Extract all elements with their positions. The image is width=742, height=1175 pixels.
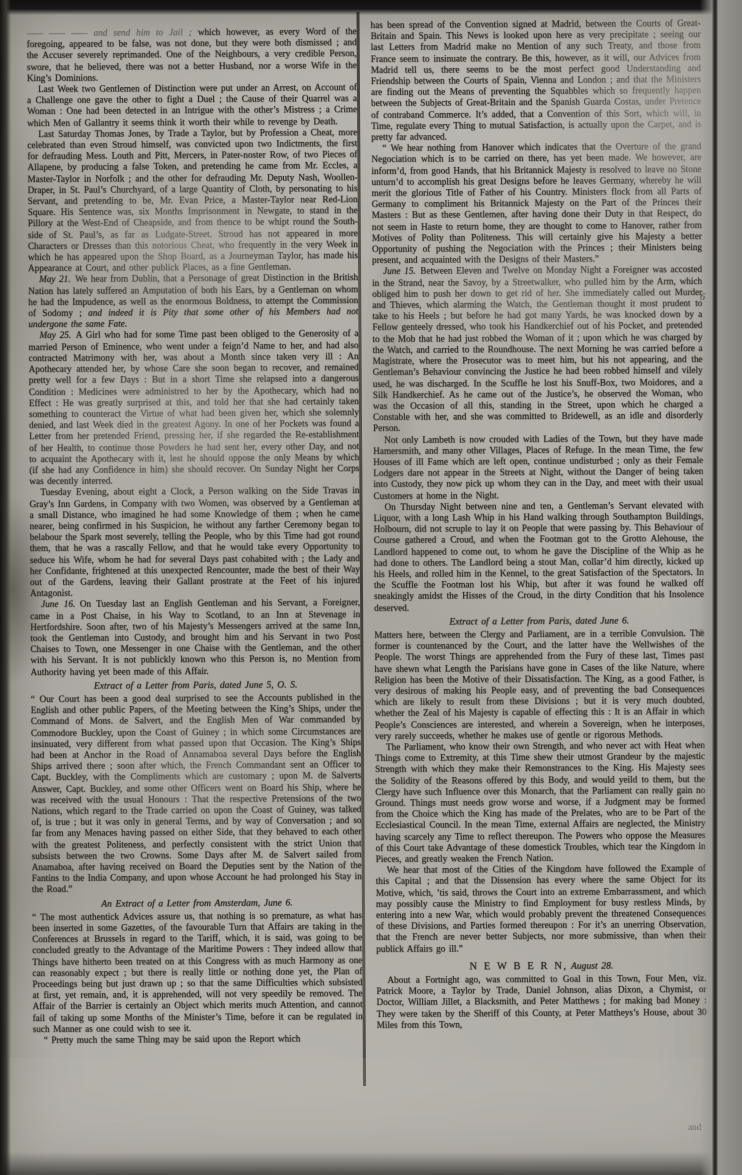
news-paragraph: “ The most authentick Advices assure us,…: [32, 910, 363, 1035]
news-paragraph: “ Our Court has been a good deal surpris…: [31, 692, 362, 896]
news-paragraph: The Parliament, who know their own Stren…: [375, 740, 706, 865]
page-bottom-edge: [0, 1152, 742, 1175]
news-paragraph: May 21. We hear from Dublin, that a Pers…: [28, 273, 358, 331]
news-paragraph: has been spread of the Convention signed…: [371, 18, 702, 143]
news-paragraph: We hear that most of the Cities of the K…: [376, 863, 707, 955]
news-paragraph: Matters here, between the Clergy and Par…: [374, 628, 705, 742]
news-paragraph: June 15. Between Eleven and Twelve on Mo…: [372, 264, 703, 434]
news-paragraph: Last Week two Gentlemen of Distinction w…: [27, 82, 357, 129]
news-paragraph: —— —— —— and send him to Jail ; which ho…: [27, 26, 357, 84]
news-paragraph: May 25. A Girl who had for some Time pas…: [28, 329, 359, 488]
news-paragraph: June 16. On Tuesday last an English Gent…: [30, 597, 360, 677]
page-right-margin: [700, 0, 742, 1175]
newspaper-page-scan: —— —— —— and send him to Jail ; which ho…: [0, 0, 742, 1175]
news-paragraph: “ Pretty much the same Thing may be said…: [33, 1033, 363, 1046]
news-paragraph: Last Saturday Thomas Jones, by Trade a T…: [27, 127, 358, 275]
news-paragraph: Tuesday Evening, about eight a Clock, a …: [29, 485, 360, 599]
right-column: has been spread of the Convention signed…: [371, 18, 707, 1031]
page-top-edge: [0, 0, 742, 15]
news-paragraph: On Thursday Night between nine and ten, …: [373, 500, 704, 614]
catchword: and: [377, 1122, 701, 1134]
dateline-heading: N E W B E R N, August 28.: [376, 960, 706, 973]
news-paragraph: Not only Lambeth is now crouded with Lad…: [373, 432, 703, 501]
page-left-edge: [0, 0, 11, 1175]
news-paragraph: About a Fortnight ago, was committed to …: [376, 973, 706, 1031]
page-fold-line: [712, 0, 718, 1175]
letter-heading: Extract of a Letter from Paris, dated Ju…: [31, 679, 361, 692]
letter-heading: An Extract of a Letter from Amsterdam, J…: [32, 897, 362, 910]
page-content: —— —— —— and send him to Jail ; which ho…: [0, 0, 742, 1175]
letter-heading: Extract of a Letter from Paris, dated Ju…: [374, 615, 704, 628]
news-paragraph: “ We hear nothing from Hanover which ind…: [371, 141, 702, 266]
left-column: —— —— —— and send him to Jail ; which ho…: [27, 26, 363, 1046]
